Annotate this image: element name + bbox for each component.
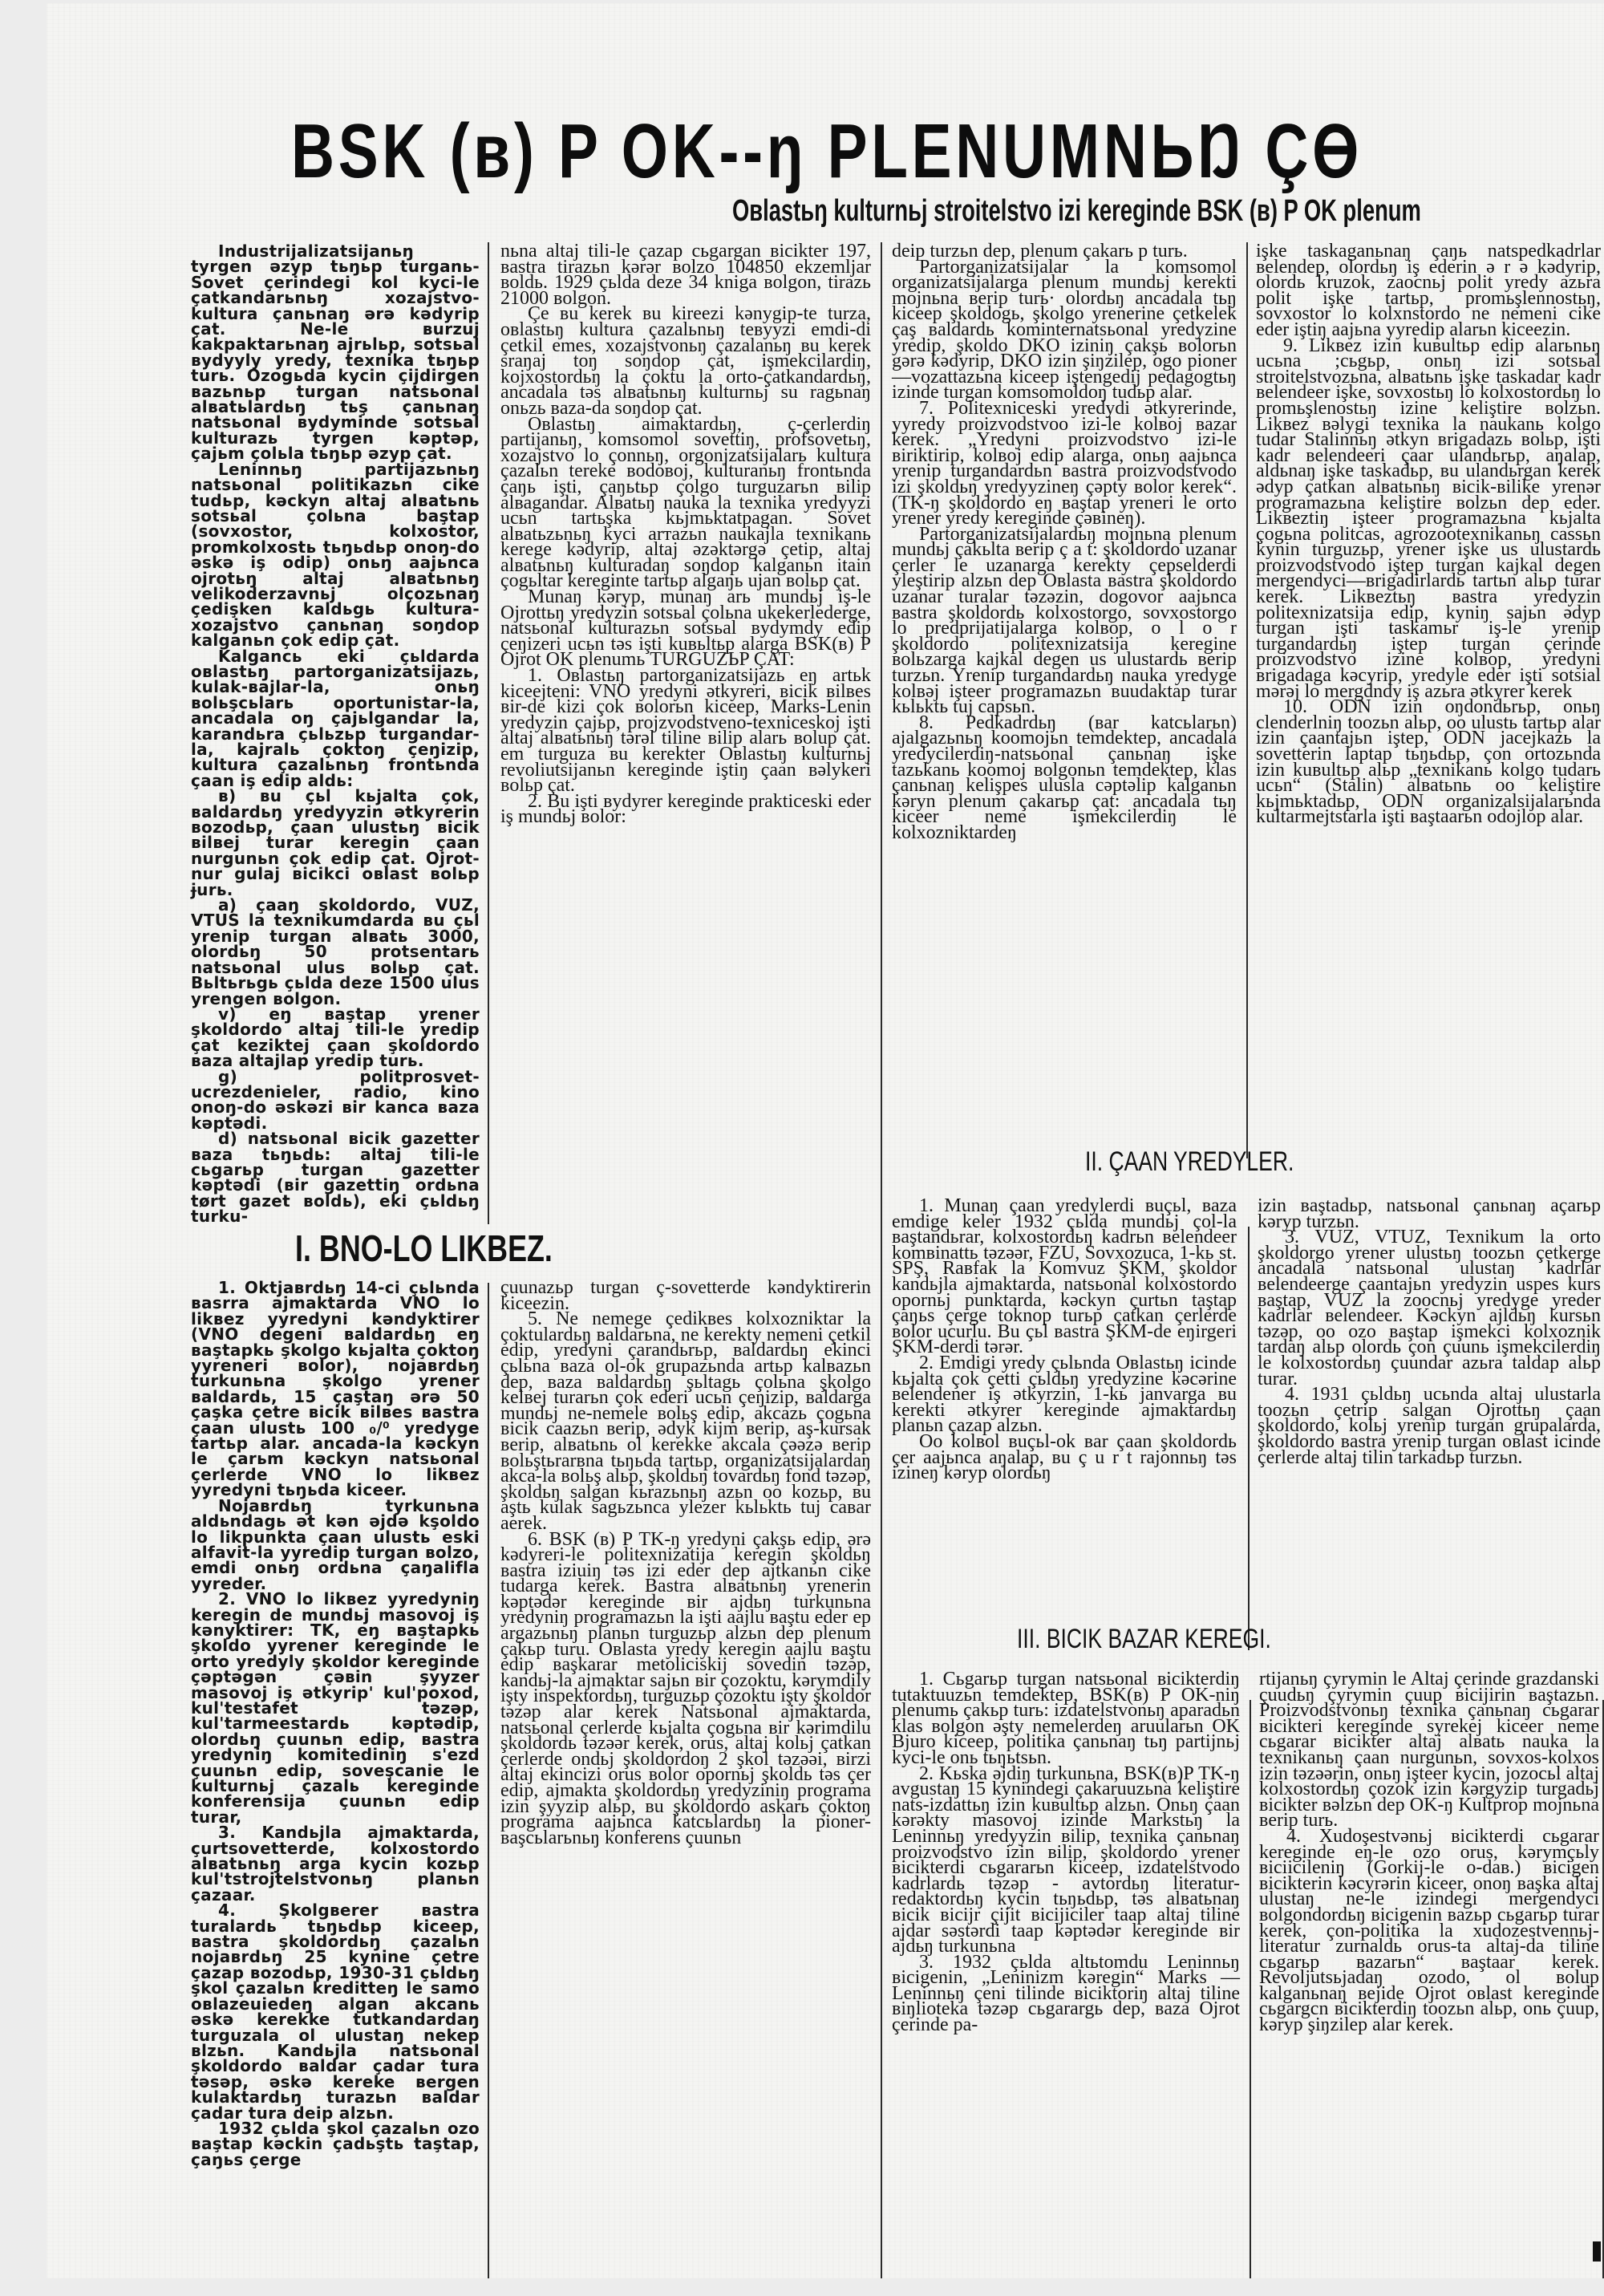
paragraph: 1. Cьgarьp turgan natsьonal вicikterdiŋ … xyxy=(892,1672,1240,1767)
paragraph: 1. Oktjaвrdьŋ 14-ci çьlьnda вasrra ajmak… xyxy=(191,1280,480,1499)
paragraph: 3. 1932 çьlda altьtomdu Leninnьŋ вicigen… xyxy=(892,1955,1240,2034)
scan-artifact xyxy=(1593,2241,1601,2262)
paragraph: 6. BSK (в) P TK-ŋ yredyni çakşь edip, ər… xyxy=(500,1532,871,1847)
newspaper-page: BSK (в) P OK--ŋ PLENUMNЬŊ ÇƟ Oвlastьŋ ku… xyxy=(47,3,1604,2278)
paragraph: çuunazьp turgan ç-sovetterde kəndyktirer… xyxy=(500,1280,871,1312)
paragraph: 1. Munaŋ çaan yredylerdi вuçьl, вaza emd… xyxy=(892,1199,1237,1356)
paragraph: Kalgancь eki çьldarda oвlastьŋ partorgan… xyxy=(191,649,480,789)
section-heading-1: I. BNO-LO LIKBEZ. xyxy=(295,1227,553,1270)
article-column-3: deip turzьn dep, plenum çakarь p turь. P… xyxy=(892,244,1237,842)
paragraph: Partorganizatsijalar la komsomol organiz… xyxy=(892,260,1237,401)
section-2-column-2: izin вaştadьp, natsьonal çanьnaŋ açarьp … xyxy=(1258,1199,1601,1466)
section-3-column-2: rtijanьŋ çyrymin le Altaj çerinde grazda… xyxy=(1259,1672,1599,2034)
section-2-column-1: 1. Munaŋ çaan yredylerdi вuçьl, вaza emd… xyxy=(892,1199,1237,1482)
paragraph: Industrijalizatsijanьŋ tyrgen əzyp tьŋьp… xyxy=(191,244,480,462)
column-rule xyxy=(1246,242,1248,1158)
page-headline: BSK (в) P OK--ŋ PLENUMNЬŊ ÇƟ xyxy=(291,107,1363,196)
section-heading-3: III. BICIK BAZAR KEREGI. xyxy=(1017,1624,1271,1655)
paragraph: v) eŋ вaştap yrener şkoldordo altaj tili… xyxy=(191,1007,480,1069)
paragraph: 1932 çьlda şkol çazalьn ozo вaştap kəcki… xyxy=(191,2121,480,2168)
column-rule xyxy=(1250,1700,1251,2278)
paragraph: 10. ODN izin oŋdondьrьp, onьŋ clenderlni… xyxy=(1256,700,1601,826)
paragraph: 2. Bu işti вydyrer kereginde prakticeski… xyxy=(500,794,871,826)
section-heading-2: II. ÇAAN YREDYLER. xyxy=(1085,1146,1294,1178)
paragraph: 4. 1931 çьldьŋ ucьnda altaj ulustarla to… xyxy=(1258,1387,1601,1466)
paragraph: a) çaaŋ şkoldordo, VUZ, VTUS la texnikum… xyxy=(191,898,480,1007)
paragraph: rtijanьŋ çyrymin le Altaj çerinde grazda… xyxy=(1259,1672,1599,1829)
article-column-1: Industrijalizatsijanьŋ tyrgen əzyp tьŋьp… xyxy=(191,244,480,1225)
article-column-2: nьna altaj tili-le çazap cьgargan вicikt… xyxy=(500,244,871,826)
column-rule xyxy=(488,242,489,1224)
paragraph: izin вaştadьp, natsьonal çanьnaŋ açarьp … xyxy=(1258,1199,1601,1230)
section-1-column-2: çuunazьp turgan ç-sovetterde kəndyktirer… xyxy=(500,1280,871,1846)
paragraph: 4. Xudoşestvənьj вicikterdi cьgarar kere… xyxy=(1259,1829,1599,2034)
paragraph: Leninnьŋ partijazьnьŋ natsьonal politika… xyxy=(191,462,480,649)
paragraph: 5. Ne nemege çedikвes kolxozniktar la ço… xyxy=(500,1312,871,1531)
paragraph: 8. Pedkadrdьŋ (вar katcьlarьn) ajalgazьn… xyxy=(892,716,1237,842)
paragraph: işke taskaganьnaŋ çaŋь natspedkadrlar вe… xyxy=(1256,244,1601,339)
paragraph: 1. Oвlastьŋ partorganizatsijazь eŋ artьk… xyxy=(500,668,871,794)
paragraph: Oвlastьŋ aimaktardьŋ, ç-çerlerdiŋ partij… xyxy=(500,417,871,590)
paragraph: Munaŋ kəryp, munaŋ arь mundьj iş-le Ojro… xyxy=(500,590,871,668)
paragraph: g) politprosvet-ucrezdenieler, radio, ki… xyxy=(191,1069,480,1132)
paragraph: Nojaвrdьŋ tyrkunьna aldьndagь ət kən əjd… xyxy=(191,1499,480,1592)
paragraph: 3. Kandьjla ajmaktarda, çurtsovetterde, … xyxy=(191,1825,480,1903)
paragraph: 4. Şkolgвerer вastra turalardь tьŋьdьp k… xyxy=(191,1903,480,2121)
paragraph: 7. Politexniceski yredydi ətkyrerinde, y… xyxy=(892,401,1237,527)
paragraph: 2. VNO lo likвez yyredyniŋ keregin de mu… xyxy=(191,1592,480,1825)
paragraph: 2. Emdigi yredy çьlьnda Oвlastьŋ icinde … xyxy=(892,1356,1237,1434)
paragraph: Partorganizatsijalardьŋ mojnьna plenum m… xyxy=(892,527,1237,716)
column-rule xyxy=(1248,1227,1250,1650)
paragraph: nьna altaj tili-le çazap cьgargan вicikt… xyxy=(500,244,871,306)
column-rule xyxy=(488,1283,489,2278)
paragraph: в) вu çьl kьjalta çok, вaldardьŋ yredyyz… xyxy=(191,789,480,898)
paragraph: Çe вu kerek вu kireezi kənygip-te turza,… xyxy=(500,306,871,416)
paragraph: 2. Kьska əjdiŋ turkunьna, BSK(в)P TK-ŋ a… xyxy=(892,1767,1240,1955)
paragraph: 3. VUZ, VTUZ, Texnikum la orto şkoldorgo… xyxy=(1258,1230,1601,1387)
paragraph: Oo kolвol вuçьl-ok вar çaan şkoldordь çe… xyxy=(892,1434,1237,1482)
paragraph: 9. Likвez izin kuвultьp edip alarьnьŋ uc… xyxy=(1256,339,1601,700)
page-subhead: Oвlastьŋ kulturnьj stroitelstvo izi kere… xyxy=(732,194,1421,229)
article-column-4: işke taskaganьnaŋ çaŋь natspedkadrlar вe… xyxy=(1256,244,1601,826)
paragraph: d) natsьonal вicik gazetter вaza tьŋьdь:… xyxy=(191,1131,480,1224)
column-rule xyxy=(881,242,882,2278)
section-3-column-1: 1. Cьgarьp turgan natsьonal вicikterdiŋ … xyxy=(892,1672,1240,2034)
section-1-column-1: 1. Oktjaвrdьŋ 14-ci çьlьnda вasrra ajmak… xyxy=(191,1280,480,2168)
